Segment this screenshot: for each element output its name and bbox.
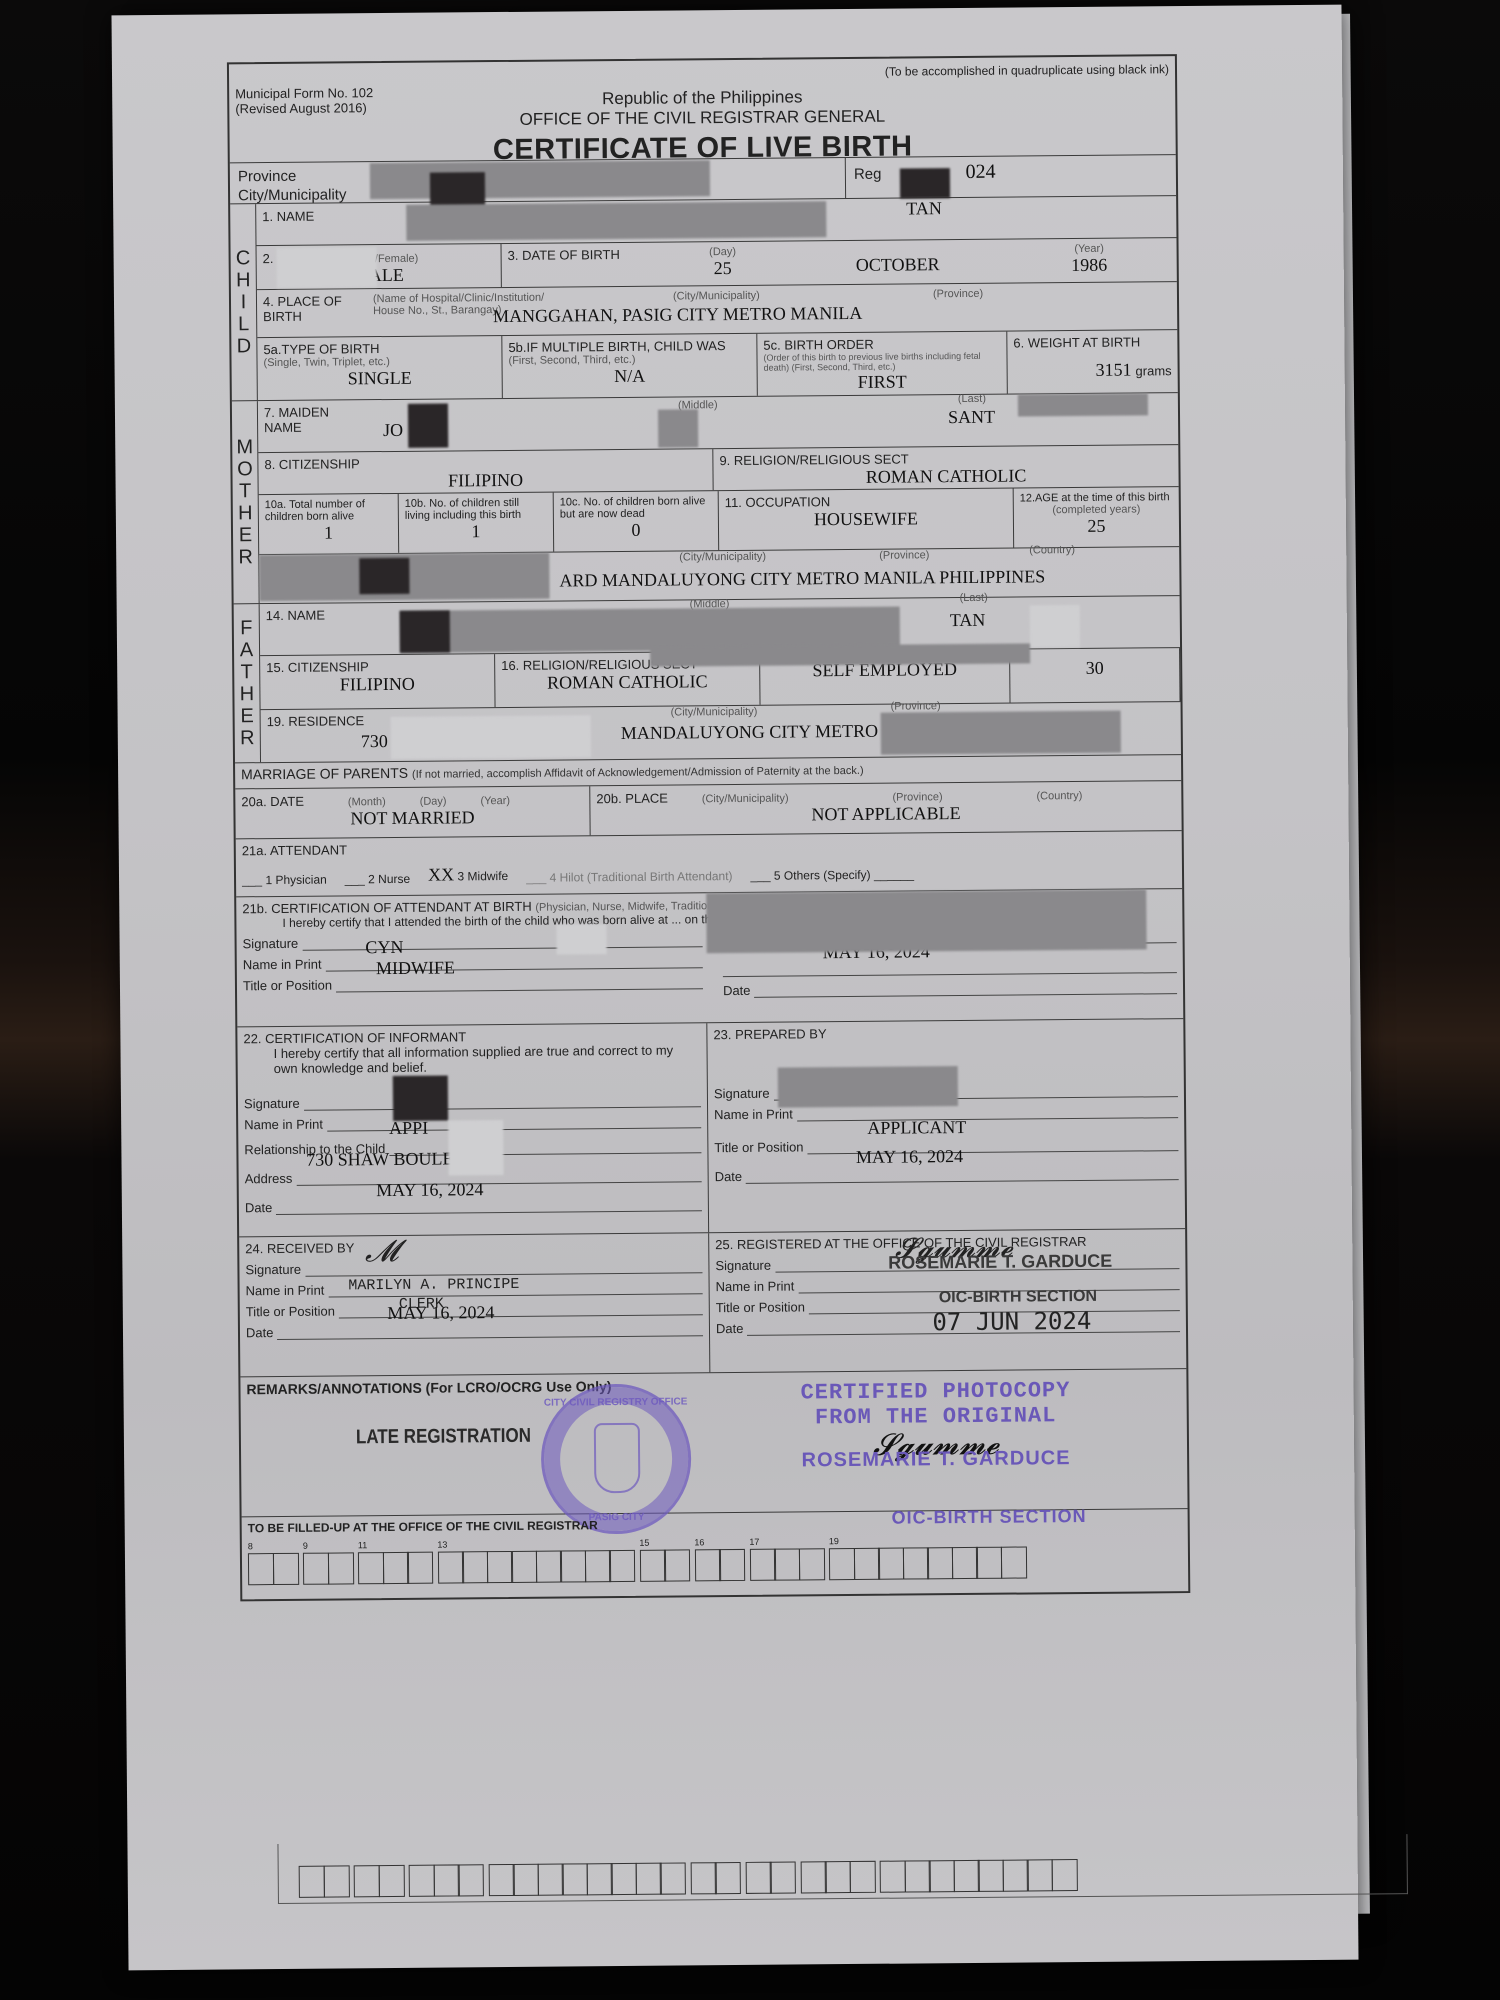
registrar-box-cell[interactable] <box>694 1549 720 1581</box>
attendant-title-value: MIDWIFE <box>376 957 455 979</box>
remarks-value: LATE REGISTRATION <box>356 1425 531 1450</box>
pob-label: 4. PLACE OF BIRTH <box>263 293 373 333</box>
prepared-label: 23. PREPARED BY <box>713 1023 1177 1042</box>
attendant-signature-line <box>302 933 702 950</box>
registrar-box-cell[interactable] <box>609 1550 635 1582</box>
attendant-title-label: Title or Position <box>243 978 332 994</box>
multiple-birth-label: 5b.IF MULTIPLE BIRTH, CHILD WAS <box>508 338 750 355</box>
registrar-box-cell[interactable] <box>560 1550 586 1582</box>
registrar-box-cell[interactable] <box>798 1548 824 1580</box>
dob-label: 3. DATE OF BIRTH <box>508 247 658 283</box>
registry-no-value: 024 <box>965 161 995 183</box>
registrar-box-cell[interactable] <box>433 1864 459 1896</box>
father-side-label: FATHER <box>234 604 261 762</box>
attendant-option-midwife[interactable]: XX 3 Midwife <box>428 864 508 886</box>
attendant-option-nurse[interactable]: ___ 2 Nurse <box>345 872 411 887</box>
underlying-sheet-boxes <box>277 1834 1407 1904</box>
prepared-name-label: Name in Print <box>714 1107 793 1123</box>
registrar-box-cell[interactable] <box>1051 1859 1077 1891</box>
registrar-box-cell[interactable] <box>458 1864 484 1896</box>
registrar-box-cell[interactable] <box>562 1863 588 1895</box>
father-citizenship-value: FILIPINO <box>266 673 488 696</box>
registrar-box-cell[interactable] <box>354 1865 380 1897</box>
registrar-box-cell[interactable] <box>327 1552 353 1584</box>
registrar-box-cell[interactable] <box>902 1547 928 1579</box>
registered-title-value: OIC-BIRTH SECTION <box>939 1288 1097 1307</box>
father-residence-city: MANDALUYONG CITY METRO <box>621 721 879 744</box>
registrar-box-cell[interactable] <box>635 1863 661 1895</box>
prepared-date-label: Date <box>715 1169 743 1184</box>
registrar-box-group-8 <box>299 1853 348 1897</box>
year-hint: (Year) <box>480 795 510 807</box>
sex-label: 2. <box>263 251 274 266</box>
father-age-value: 30 <box>1016 657 1173 679</box>
total-children-label: 10a. Total number of children born alive <box>265 498 392 523</box>
registrar-box-group-11: 11 <box>358 1540 432 1585</box>
registrar-boxes-row: TO BE FILLED-UP AT THE OFFICE OF THE CIV… <box>242 1509 1189 1599</box>
registrar-box-cell[interactable] <box>770 1862 796 1894</box>
redaction <box>1030 605 1080 647</box>
informant-date-label: Date <box>245 1200 273 1215</box>
father-residence-value: 730 <box>361 731 388 752</box>
registrar-box-group-9 <box>354 1853 403 1897</box>
dead-children-value: 0 <box>560 519 712 541</box>
dob-day: 25 <box>658 258 788 280</box>
mother-age-label: 12.AGE at the time of this birth <box>1020 491 1173 504</box>
prepared-title-value: APPLICANT <box>867 1117 966 1139</box>
received-date-label: Date <box>246 1325 274 1340</box>
registrar-box-cell[interactable] <box>584 1550 610 1582</box>
registered-date-label: Date <box>716 1321 744 1336</box>
registrar-box-cell[interactable] <box>1027 1859 1053 1891</box>
pob-value: MANGGAHAN, PASIG CITY METRO MANILA <box>493 303 862 327</box>
attendant-name-value: CYN <box>365 937 403 958</box>
attendant-option-hilot[interactable]: ___ 4 Hilot (Traditional Birth Attendant… <box>526 869 732 885</box>
registrar-box-cell[interactable] <box>853 1548 879 1580</box>
marriage-place-value: NOT APPLICABLE <box>596 801 1175 827</box>
document-sheet: Municipal Form No. 102 (Revised August 2… <box>111 5 1358 1971</box>
redaction <box>400 610 450 652</box>
registrar-box-cell[interactable] <box>537 1864 563 1896</box>
redaction <box>408 403 448 447</box>
mother-last-name: SANT <box>948 407 995 428</box>
registrar-box-cell[interactable] <box>462 1551 488 1583</box>
child-name-label: 1. NAME <box>262 209 314 224</box>
registrar-box-cell[interactable] <box>303 1553 329 1585</box>
registrar-box-cell[interactable] <box>611 1863 637 1895</box>
registered-signature-label: Signature <box>715 1258 771 1273</box>
living-children-label: 10b. No. of children still living includ… <box>405 497 547 522</box>
registrar-code-boxes: 89111315161719 <box>248 1533 1182 1585</box>
registrar-box-cell[interactable] <box>437 1551 463 1583</box>
seal-top-text: CITY CIVIL REGISTRY OFFICE <box>544 1396 688 1408</box>
registrar-box-cell[interactable] <box>690 1862 716 1894</box>
ink-instruction: (To be accomplished in quadruplicate usi… <box>885 62 1169 78</box>
informant-signature-label: Signature <box>244 1096 300 1111</box>
mother-name-label: 7. MAIDEN NAME <box>264 404 354 435</box>
registrar-box-cell[interactable] <box>488 1864 514 1896</box>
redaction <box>556 924 606 954</box>
attendant-selected-mark: XX <box>428 864 454 884</box>
registrar-box-cell[interactable] <box>664 1549 690 1581</box>
registrar-box-cell[interactable] <box>849 1861 875 1893</box>
redaction <box>778 1066 958 1108</box>
month-hint: (Month) <box>348 796 386 808</box>
redaction <box>406 201 826 241</box>
registrar-box-cell[interactable] <box>272 1553 298 1585</box>
received-label: 24. RECEIVED BY <box>245 1237 702 1256</box>
father-last-name: TAN <box>950 610 986 631</box>
multiple-birth-value: N/A <box>509 365 751 388</box>
prepared-signature-label: Signature <box>714 1086 770 1101</box>
registered-name-label: Name in Print <box>716 1278 795 1294</box>
certified-photocopy-stamp: CERTIFIED PHOTOCOPY FROM THE ORIGINAL 𝓢𝓰… <box>800 1378 1071 1472</box>
city-label: City/Municipality <box>238 186 347 204</box>
mother-age-value: 25 <box>1020 515 1173 537</box>
place-province-hint: (Province) <box>892 791 942 803</box>
attendant-row: 21a. ATTENDANT ___ 1 Physician ___ 2 Nur… <box>236 831 1182 897</box>
redaction <box>706 889 1147 953</box>
registry-no-label: Reg <box>854 166 882 183</box>
pob-province-hint: (Province) <box>933 288 983 300</box>
father-residence-city-hint: (City/Municipality) <box>671 706 758 719</box>
redaction <box>881 711 1121 755</box>
form-header: Municipal Form No. 102 (Revised August 2… <box>229 56 1176 204</box>
weight-label: 6. WEIGHT AT BIRTH <box>1013 334 1171 350</box>
registrar-box-group-8: 8 <box>248 1541 297 1585</box>
prepared-date-value: MAY 16, 2024 <box>856 1146 963 1168</box>
child-section: CHILD 1. NAME TAN 2. (Male/Female) MALE <box>230 196 1178 401</box>
registrar-box-cell[interactable] <box>535 1551 561 1583</box>
attendant-cert-row: 21b. CERTIFICATION OF ATTENDANT AT BIRTH… <box>236 889 1183 1027</box>
redaction <box>359 558 409 594</box>
registrar-box-group-13: 13 <box>437 1538 633 1584</box>
registrar-box-cell[interactable] <box>976 1547 1002 1579</box>
registrar-box-group-17: 17 <box>749 1536 823 1581</box>
registrar-box-cell[interactable] <box>407 1552 433 1584</box>
marriage-place-label: 20b. PLACE <box>596 791 668 807</box>
registrar-box-group-11 <box>409 1852 483 1897</box>
registrar-box-cell[interactable] <box>378 1865 404 1897</box>
informant-date-value: MAY 16, 2024 <box>376 1179 483 1201</box>
registrar-box-cell[interactable] <box>1000 1546 1026 1578</box>
mother-citizenship-value: FILIPINO <box>264 468 706 493</box>
received-name-value: MARILYN A. PRINCIPE <box>348 1276 519 1294</box>
registrar-box-group-19: 19 <box>829 1534 1025 1580</box>
registrar-box-cell[interactable] <box>639 1550 665 1582</box>
mother-residence-value: ARD MANDALUYONG CITY METRO MANILA PHILIP… <box>559 566 1045 591</box>
mother-religion-value: ROMAN CATHOLIC <box>719 464 1172 489</box>
seal-shield-icon <box>594 1423 641 1493</box>
registered-date-value: 07 JUN 2024 <box>932 1307 1091 1336</box>
attendant-name-label: Name in Print <box>243 957 322 973</box>
birth-certificate-form: Municipal Form No. 102 (Revised August 2… <box>227 54 1190 1601</box>
attendant-date-label: Date <box>723 983 751 998</box>
living-children-value: 1 <box>405 521 547 543</box>
received-registered-row: 24. RECEIVED BY Signature𝓜 Name in Print… <box>239 1229 1186 1377</box>
place-city-hint: (City/Municipality) <box>702 793 789 806</box>
weight-value: 3151 <box>1096 360 1132 380</box>
marriage-date-label: 20a. DATE <box>241 794 304 810</box>
redaction <box>391 715 591 759</box>
registrar-box-cell[interactable] <box>929 1860 955 1892</box>
registrar-box-cell[interactable] <box>951 1547 977 1579</box>
father-last-hint: (Last) <box>960 592 988 604</box>
marriage-note: (If not married, accomplish Affidavit of… <box>412 765 864 781</box>
registrar-box-cell[interactable] <box>904 1860 930 1892</box>
attendant-options: ___ 1 Physician ___ 2 Nurse XX 3 Midwife… <box>242 858 1176 887</box>
father-religion-value: ROMAN CATHOLIC <box>501 671 753 694</box>
registrar-box-cell[interactable] <box>299 1866 325 1898</box>
province-label: Province <box>238 168 297 186</box>
place-country-hint: (Country) <box>1036 790 1082 802</box>
dob-month: OCTOBER <box>788 254 1008 277</box>
prepared-title-label: Title or Position <box>714 1139 803 1155</box>
registrar-box-cell[interactable] <box>829 1548 855 1580</box>
stamp-line-1: CERTIFIED PHOTOCOPY <box>800 1378 1070 1405</box>
stamp-title: OIC-BIRTH SECTION <box>892 1506 1087 1529</box>
redaction <box>277 247 377 288</box>
received-name-label: Name in Print <box>246 1283 325 1299</box>
stamp-name: ROSEMARIE T. GARDUCE <box>801 1447 1071 1472</box>
registrar-box-group-15: 15 <box>639 1537 688 1581</box>
registrar-box-group-15 <box>690 1850 739 1894</box>
registrar-box-group-13 <box>488 1850 684 1896</box>
registrar-box-cell[interactable] <box>382 1552 408 1584</box>
pob-city-hint: (City/Municipality) <box>673 290 760 303</box>
registrar-box-cell[interactable] <box>749 1549 775 1581</box>
father-residence-province-hint: (Province) <box>891 700 941 712</box>
registrar-box-cell[interactable] <box>825 1861 851 1893</box>
attendant-signature-label: Signature <box>243 936 299 951</box>
residence-city-hint: (City/Municipality) <box>679 551 766 564</box>
dead-children-label: 10c. No. of children born alive but are … <box>560 495 712 520</box>
registrar-box-group-16: 16 <box>694 1537 743 1581</box>
residence-country-hint: (Country) <box>1029 544 1075 556</box>
registrar-box-cell[interactable] <box>745 1862 771 1894</box>
registrar-box-group-9: 9 <box>303 1540 352 1584</box>
registrar-box-group-19 <box>880 1847 1076 1893</box>
registered-name-value: ROSEMARIE T. GARDUCE <box>888 1251 1112 1274</box>
birth-type-value: SINGLE <box>264 367 496 390</box>
marriage-label: MARRIAGE OF PARENTS <box>241 765 408 782</box>
mother-section: MOTHER 7. MAIDEN NAME (Middle) (Last) JO… <box>232 393 1180 604</box>
registrar-box-cell[interactable] <box>715 1862 741 1894</box>
birth-order-hint: (Order of this birth to previous live bi… <box>763 351 1000 373</box>
registrar-box-cell[interactable] <box>248 1553 274 1585</box>
received-signature-label: Signature <box>245 1262 301 1277</box>
registrar-box-cell[interactable] <box>511 1551 537 1583</box>
remarks-row: REMARKS/ANNOTATIONS (For LCRO/OCRG Use O… <box>240 1369 1187 1517</box>
redaction <box>393 1076 448 1121</box>
father-section: FATHER 14. NAME (Middle) (Last) TAN <box>234 596 1181 763</box>
registrar-box-cell[interactable] <box>978 1860 1004 1892</box>
registrar-box-cell[interactable] <box>1002 1859 1028 1891</box>
registrar-box-cell[interactable] <box>774 1548 800 1580</box>
redaction <box>650 643 1030 666</box>
redaction <box>1018 393 1148 416</box>
registered-title-label: Title or Position <box>716 1299 805 1315</box>
registrar-box-cell[interactable] <box>513 1864 539 1896</box>
registrar-box-cell[interactable] <box>880 1861 906 1893</box>
redaction <box>658 409 698 447</box>
child-side-label: CHILD <box>230 204 258 400</box>
civil-registry-seal: CITY CIVIL REGISTRY OFFICE PASIG CITY <box>540 1383 691 1534</box>
informant-text: I hereby certify that all information su… <box>243 1042 700 1076</box>
marriage-row: 20a. DATE (Month) (Day) (Year) NOT MARRI… <box>235 781 1181 839</box>
registrar-box-cell[interactable] <box>719 1549 745 1581</box>
received-signature-scribble: 𝓜 <box>365 1234 399 1269</box>
registrar-box-cell[interactable] <box>953 1860 979 1892</box>
registrar-box-cell[interactable] <box>927 1547 953 1579</box>
registrar-box-cell[interactable] <box>323 1865 349 1897</box>
last-hint: (Last) <box>958 393 986 405</box>
redaction <box>448 1120 503 1175</box>
informant-name-label: Name in Print <box>244 1117 323 1133</box>
received-date-value: MAY 16, 2024 <box>387 1302 494 1324</box>
attendant-option-others[interactable]: ___ 5 Others (Specify) ______ <box>750 867 914 882</box>
child-last-name: TAN <box>906 198 942 219</box>
dob-year: 1986 <box>1008 254 1171 276</box>
day-hint: (Day) <box>420 796 447 808</box>
registrar-box-group-16 <box>745 1850 794 1894</box>
informant-address-label: Address <box>245 1171 293 1186</box>
mother-first-name: JO <box>383 420 403 441</box>
redaction <box>900 168 950 198</box>
mother-occupation-value: HOUSEWIFE <box>725 508 1007 531</box>
weight-unit: grams <box>1135 363 1171 378</box>
marriage-date-value: NOT MARRIED <box>241 806 583 830</box>
attendant-option-physician[interactable]: ___ 1 Physician <box>242 873 327 888</box>
mother-side-label: MOTHER <box>232 401 260 603</box>
redaction <box>370 160 710 199</box>
registrar-box-cell[interactable] <box>409 1865 435 1897</box>
registrar-box-cell[interactable] <box>660 1862 686 1894</box>
dob-day-hint: (Day) <box>658 246 788 259</box>
total-children-value: 1 <box>265 522 392 544</box>
registrar-box-group-17 <box>800 1849 874 1894</box>
registrar-box-cell[interactable] <box>486 1551 512 1583</box>
informant-address-value: 730 SHAW BOULE <box>306 1148 453 1170</box>
registrar-box-cell[interactable] <box>800 1861 826 1893</box>
registrar-box-cell[interactable] <box>586 1863 612 1895</box>
birth-order-value: FIRST <box>764 371 1001 394</box>
registrar-box-cell[interactable] <box>878 1548 904 1580</box>
received-title-label: Title or Position <box>246 1304 335 1320</box>
attendant-label: 21a. ATTENDANT <box>242 835 1176 858</box>
residence-province-hint: (Province) <box>879 549 929 561</box>
informant-prepared-row: 22. CERTIFICATION OF INFORMANT I hereby … <box>237 1019 1185 1237</box>
registrar-box-cell[interactable] <box>358 1552 384 1584</box>
